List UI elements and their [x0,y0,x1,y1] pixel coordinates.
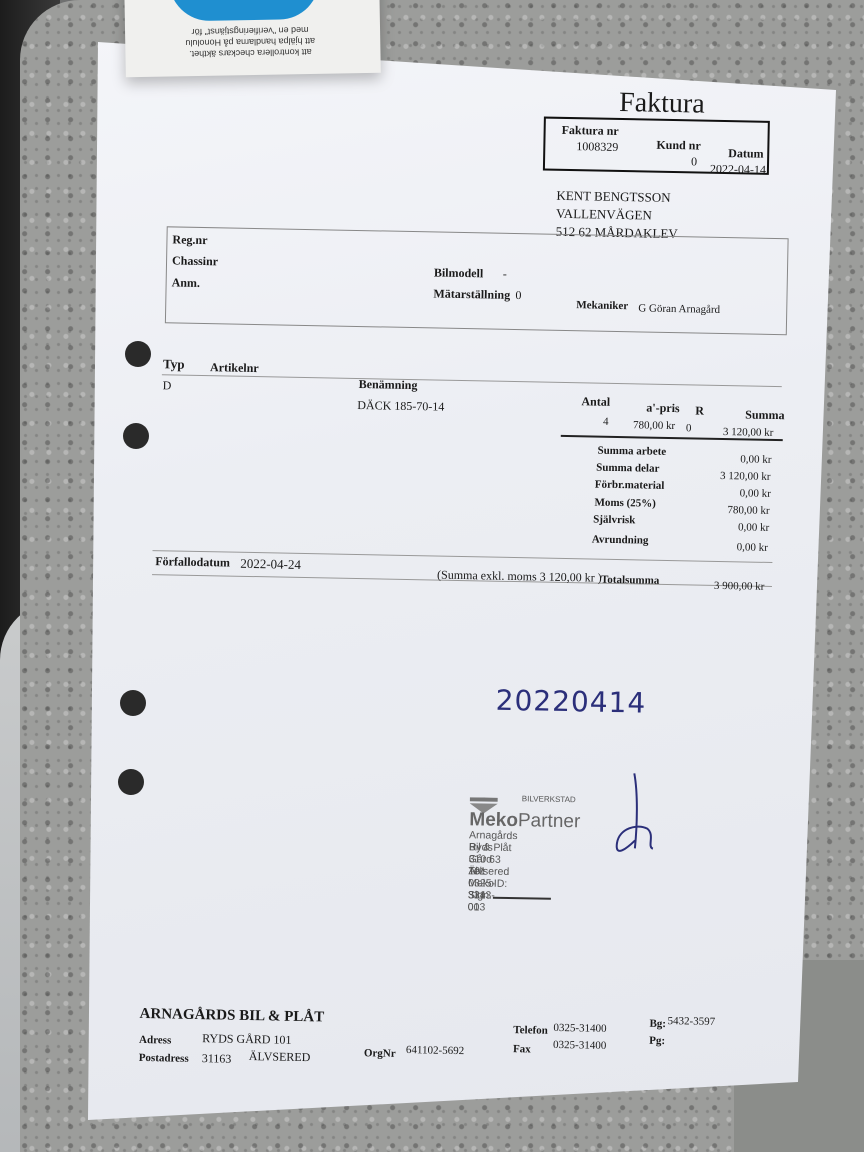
company-name: ARNAGÅRDS BIL & PLÅT [139,1006,324,1027]
company-postal-code: 31163 [202,1051,232,1067]
excl-vat-sum: (Summa exkl. moms 3 120,00 kr ) [437,568,602,586]
postal-address-label: Postadress [139,1052,189,1065]
summary-value: 0,00 kr [740,487,771,500]
stamp-brand-partner: Partner [518,810,581,832]
summary-label: Summa arbete [597,445,666,458]
row-sum: 3 120,00 kr [723,426,774,439]
total-amount: 3 900,00 kr [714,580,765,593]
summary-label: Moms (25%) [594,497,656,510]
punch-hole [120,690,146,716]
fax-label: Fax [513,1043,531,1055]
summary-label: Avrundning [592,534,649,547]
car-model-value: - [503,267,507,282]
summary-label: Förbr.material [595,479,665,492]
row-type: D [163,378,172,393]
address-label: Adress [139,1034,171,1047]
row-discount: 0 [686,422,692,434]
col-unit-price: a'-pris [646,401,680,417]
org-number: 641102-5692 [406,1044,464,1057]
odometer-value: 0 [515,288,521,303]
summary-value: 780,00 kr [727,504,769,517]
stamp-workshop-label: BILVERKSTAD [522,794,576,804]
row-unit-price: 780,00 kr [633,419,675,432]
summary-label: Självrisk [593,514,635,527]
col-discount: R [695,403,704,418]
chassis-label: Chassinr [172,253,218,269]
mechanic-label: Mekaniker [576,299,628,312]
note-label: Anm. [172,275,201,291]
invoice-title: Faktura [619,87,705,121]
reg-number-label: Reg.nr [172,232,207,248]
plusgiro-label: Pg: [649,1035,665,1047]
row-description: DÄCK 185-70-14 [357,398,444,415]
stamp-brand-meko: Meko [469,809,518,831]
handwritten-signature-icon [607,768,669,864]
punch-hole [118,769,144,795]
punch-hole [125,341,151,367]
invoice-document: Faktura Faktura nr 1008329 Kund nr 0 Dat… [0,0,864,1152]
car-model-label: Bilmodell [434,265,484,281]
summary-value: 3 120,00 kr [720,470,771,483]
invoice-number: 1008329 [576,139,618,155]
invoice-date: 2022-04-14 [710,162,766,178]
col-quantity: Antal [581,394,610,410]
col-sum: Summa [745,407,785,423]
handwritten-date: 20220414 [495,684,646,720]
col-article-no: Artikelnr [210,360,259,376]
summary-value: 0,00 kr [737,541,768,554]
phone-label: Telefon [513,1024,548,1037]
col-type: Typ [163,356,185,372]
phone-number: 0325-31400 [553,1022,606,1035]
company-city: ÄLVSERED [249,1049,311,1065]
mechanic-value: G Göran Arnagård [638,302,720,316]
date-label: Datum [728,146,764,162]
due-date-label: Förfallodatum [155,554,230,570]
bankgiro-number: 5432-3597 [667,1015,715,1028]
items-header-divider [162,374,782,387]
summary-label: Summa delar [596,462,659,475]
col-description: Benämning [359,377,418,393]
fax-number: 0325-31400 [553,1039,606,1052]
punch-hole [123,423,149,449]
total-label: Totalsumma [601,574,660,587]
row-quantity: 4 [603,416,609,428]
summary-value: 0,00 kr [738,521,769,534]
odometer-label: Mätarställning [433,286,510,302]
recipient-name: KENT BENGTSSON [556,188,671,206]
recipient-street: VALLENVÄGEN [556,206,652,224]
invoice-number-label: Faktura nr [562,123,619,139]
org-number-label: OrgNr [364,1047,396,1060]
company-address: RYDS GÅRD 101 [202,1031,292,1048]
customer-number-label: Kund nr [656,138,701,154]
summary-value: 0,00 kr [740,453,771,466]
bankgiro-label: Bg: [649,1018,666,1030]
due-date: 2022-04-24 [240,556,301,573]
customer-number: 0 [691,154,697,169]
stamp-line: Sign. [468,889,492,901]
